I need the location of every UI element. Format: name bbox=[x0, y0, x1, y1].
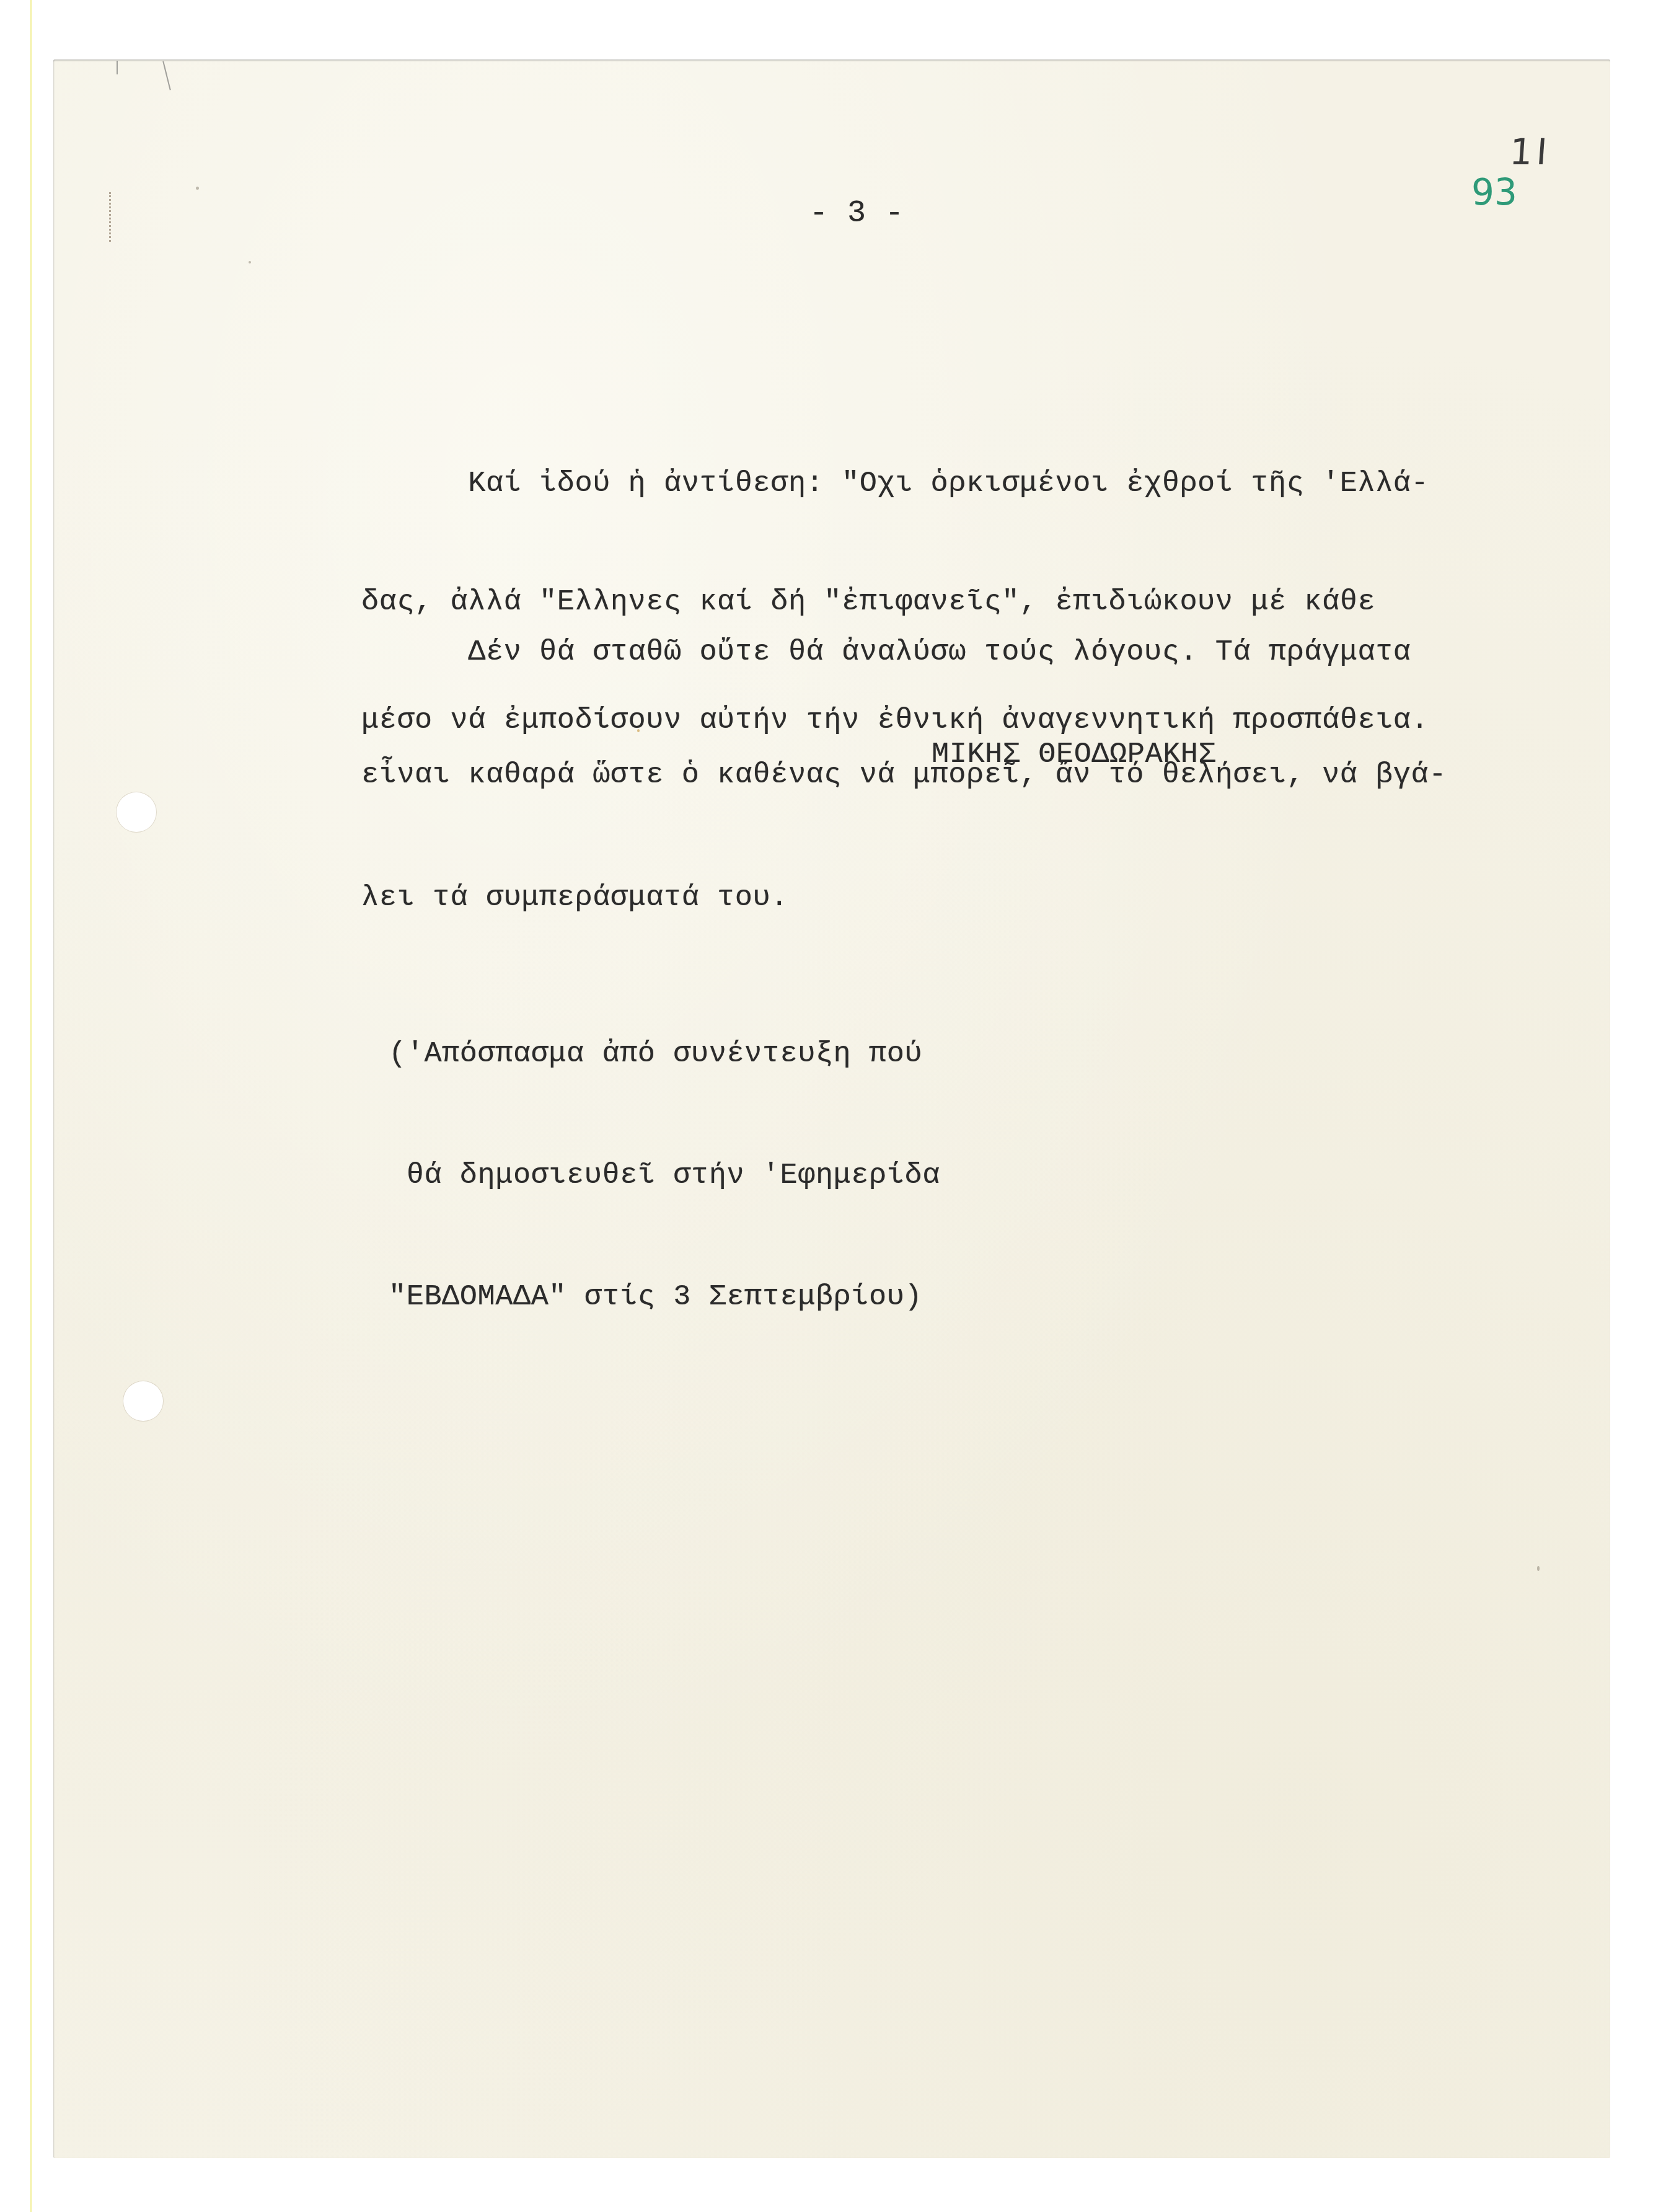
document-page: 1Ι 93 - 3 - Καί ἰδού ἡ ἀντίθεση: "Οχι ὁρ… bbox=[53, 60, 1610, 2158]
paragraph-2: Δέν θά σταθῶ οὔτε θά ἀναλύσω τούς λόγους… bbox=[361, 554, 1447, 1001]
page-number: - 3 - bbox=[809, 194, 904, 234]
archive-mark: 1Ι bbox=[1509, 131, 1553, 173]
scan-margin-line bbox=[30, 0, 32, 2212]
punch-hole bbox=[123, 1381, 163, 1421]
staple-mark bbox=[109, 192, 118, 242]
text-line: εἶναι καθαρά ὥστε ὁ καθένας νά μπορεῖ, ἄ… bbox=[361, 756, 1447, 799]
paper-speck bbox=[249, 261, 251, 263]
source-note: ('Απόσπασμα ἀπό συνέντευξη πού θά δημοσι… bbox=[389, 955, 940, 1399]
text-line: Καί ἰδού ἡ ἀντίθεση: "Οχι ὁρκισμένοι ἐχθ… bbox=[361, 464, 1429, 503]
text-line: θά δημοσιευθεῖ στήν 'Εφημερίδα bbox=[389, 1156, 940, 1198]
text-line: ('Απόσπασμα ἀπό συνέντευξη πού bbox=[389, 1035, 940, 1077]
paper-speck bbox=[196, 187, 199, 190]
folio-number: 93 bbox=[1471, 171, 1517, 213]
text-line: "ΕΒΔΟΜΑΔΑ" στίς 3 Σεπτεμβρίου) bbox=[389, 1278, 940, 1320]
text-line: Δέν θά σταθῶ οὔτε θά ἀναλύσω τούς λόγους… bbox=[361, 633, 1447, 676]
author-signature: ΜΙΚΗΣ ΘΕΟΔΩΡΑΚΗΣ bbox=[932, 735, 1216, 775]
paper-speck bbox=[1537, 1566, 1540, 1571]
paper-tear-mark bbox=[117, 61, 118, 74]
paper-tear-mark bbox=[162, 61, 171, 90]
text-line: λει τά συμπεράσματά του. bbox=[361, 878, 1447, 922]
punch-hole bbox=[117, 792, 156, 832]
